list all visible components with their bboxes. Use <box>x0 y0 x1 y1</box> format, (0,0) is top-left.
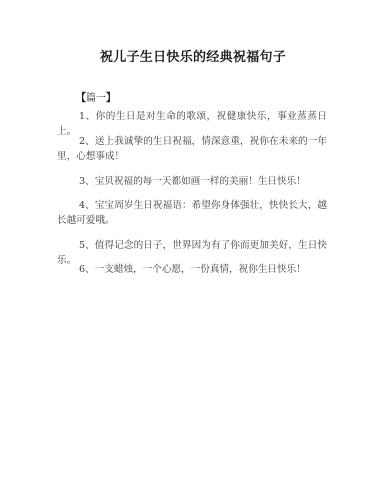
paragraph-6: 6、一支蜡烛，一个心愿，一份真情，祝你生日快乐！ <box>57 262 327 277</box>
section-bracket-open: 【 <box>76 93 86 104</box>
document-title: 祝儿子生日快乐的经典祝福句子 <box>0 46 386 65</box>
paragraph-4: 4、宝宝周岁生日祝福语：希望你身体强壮，快快长大，越长越可爱哦。 <box>57 198 327 228</box>
document-page: 祝儿子生日快乐的经典祝福句子 【篇一】 1、你的生日是对生命的歌颂，祝健康快乐，… <box>0 0 386 500</box>
paragraph-3: 3、宝贝祝福的每一天都如画一样的美丽！生日快乐！ <box>57 174 327 189</box>
paragraph-2: 2、送上我诚挚的生日祝福，情深意重，祝你在未来的一年里，心想事成！ <box>57 134 327 164</box>
section-label-text: 篇一 <box>86 93 106 104</box>
section-bracket-close: 】 <box>106 93 116 104</box>
section-label: 【篇一】 <box>76 89 116 104</box>
